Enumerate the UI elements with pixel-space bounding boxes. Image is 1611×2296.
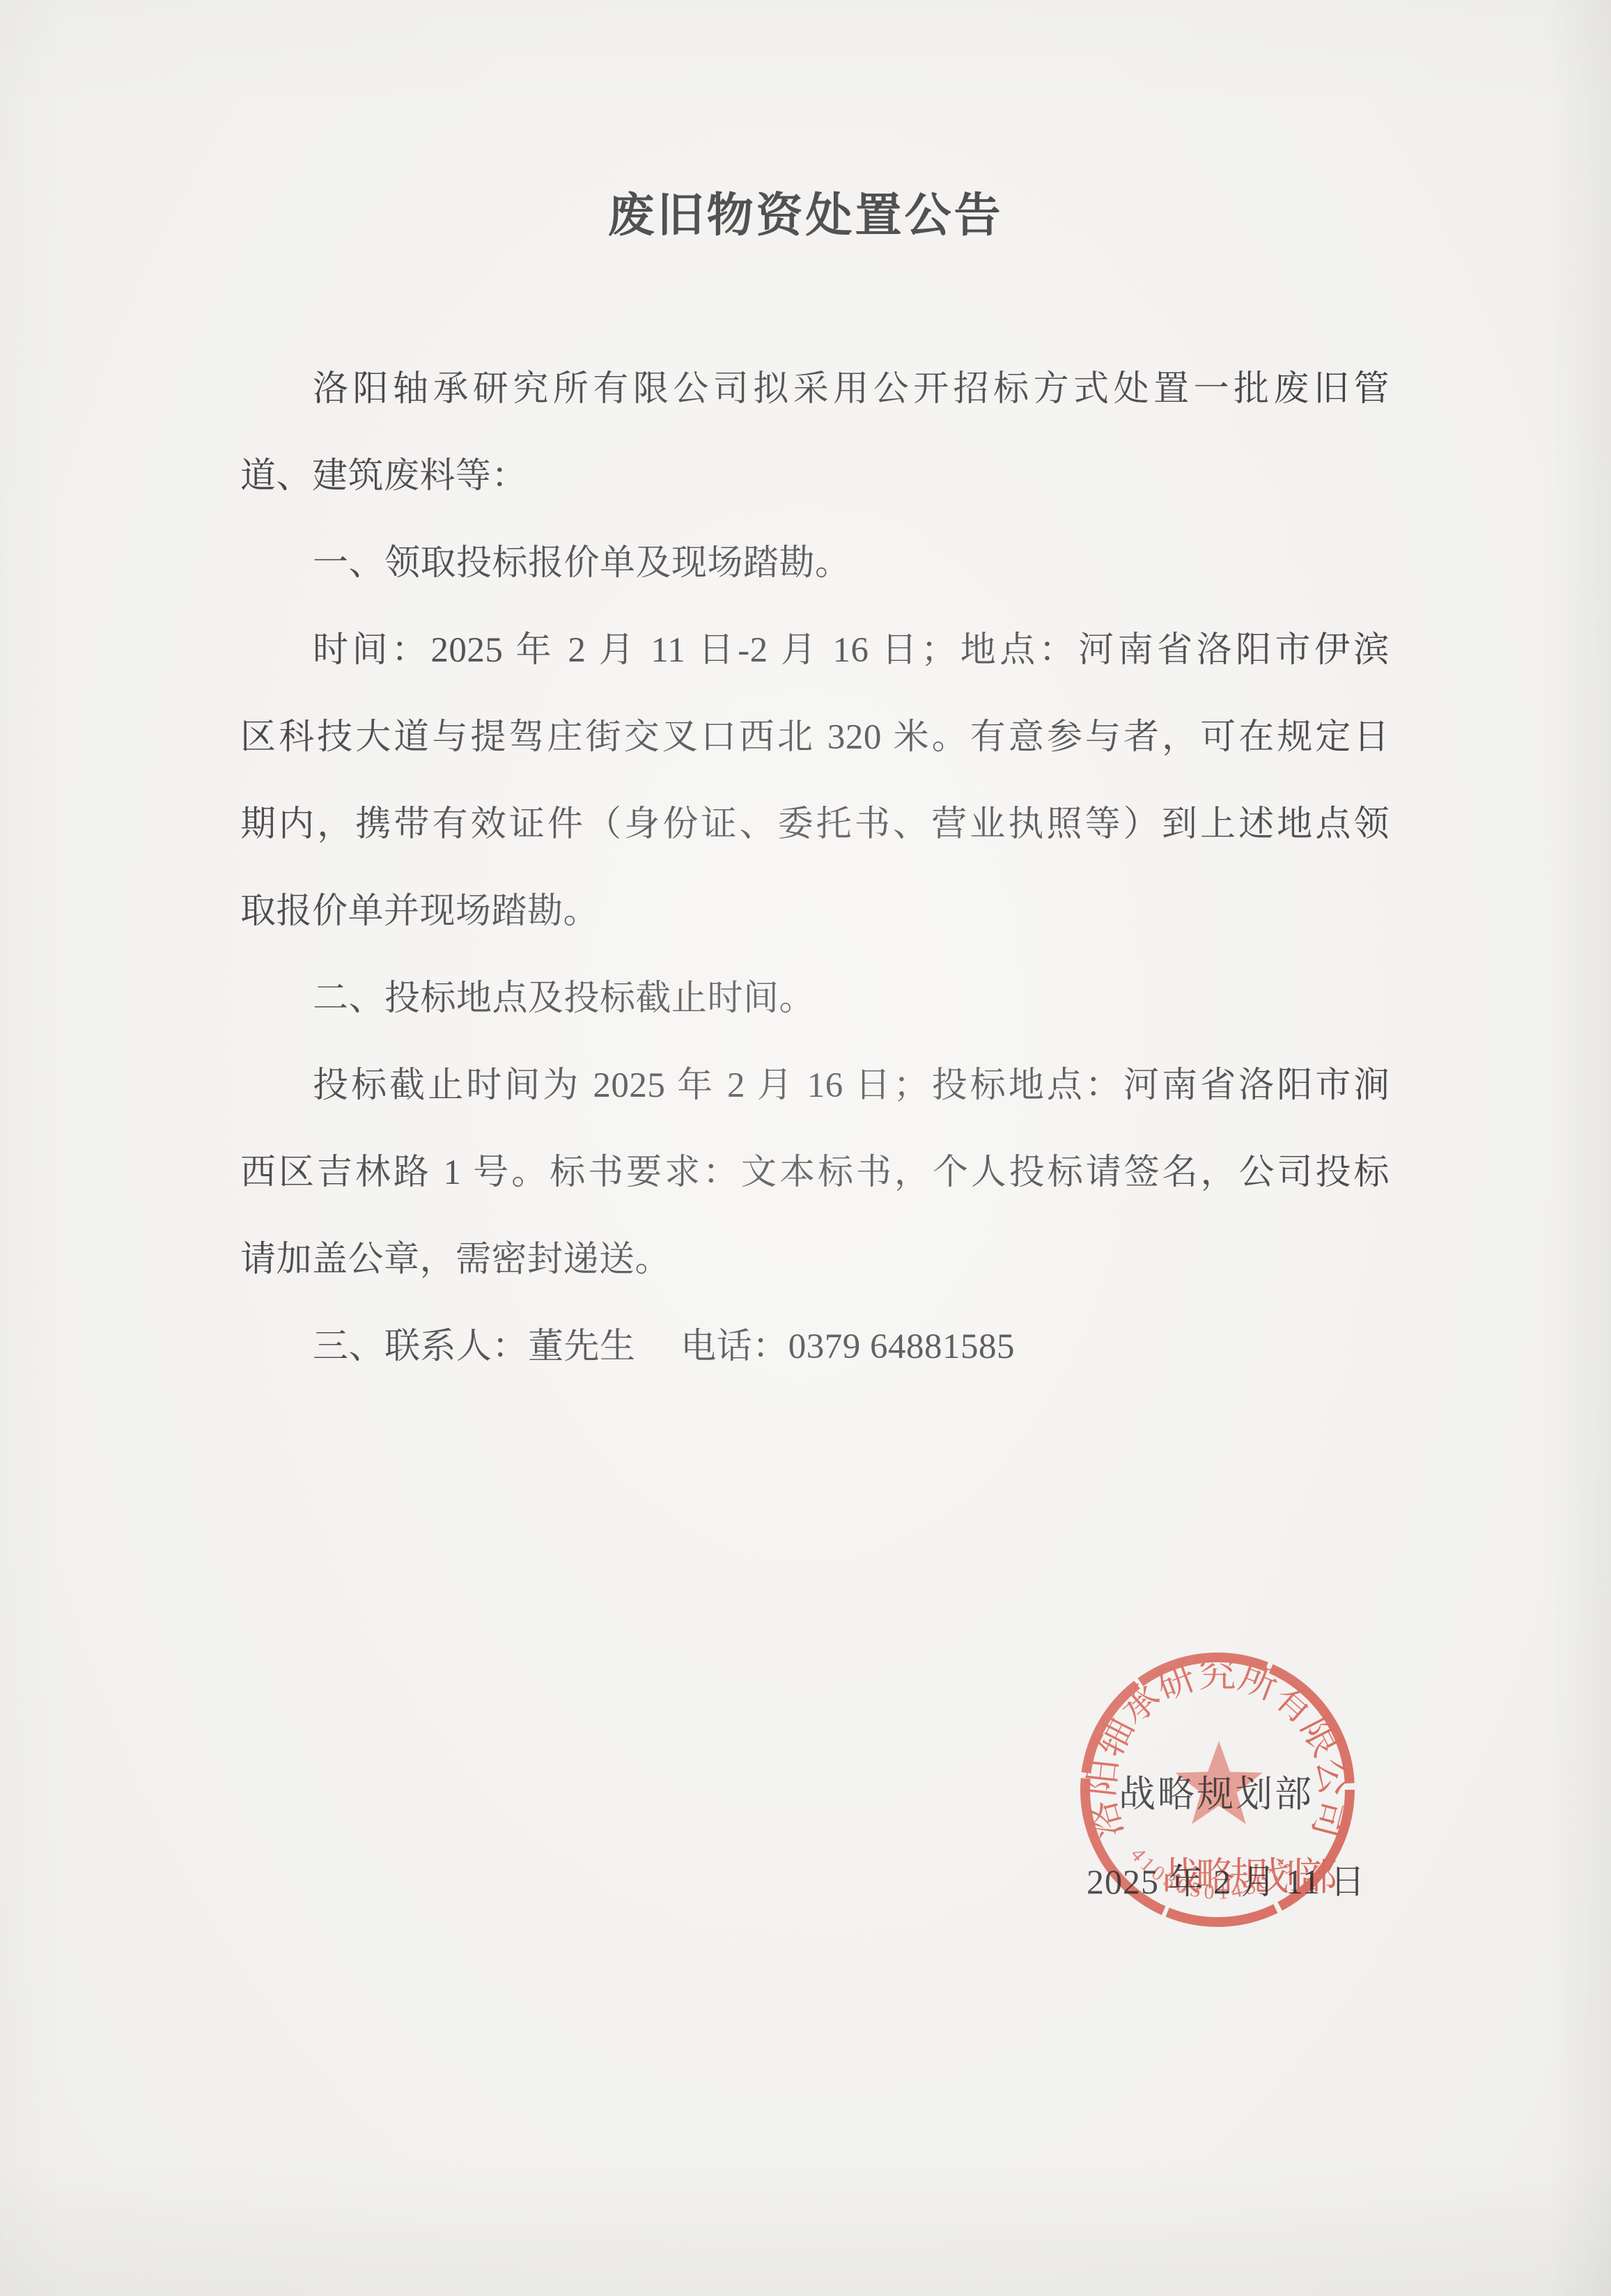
seal-star-icon [1175, 1741, 1263, 1824]
document-page: 废旧物资处置公告 洛阳轴承研究所有限公司拟采用公开招标方式处置一批废旧管 道、建… [0, 0, 1611, 2296]
company-seal: 洛阳轴承研究所有限公司 战略规划部 4103050145015 [0, 0, 1611, 2296]
